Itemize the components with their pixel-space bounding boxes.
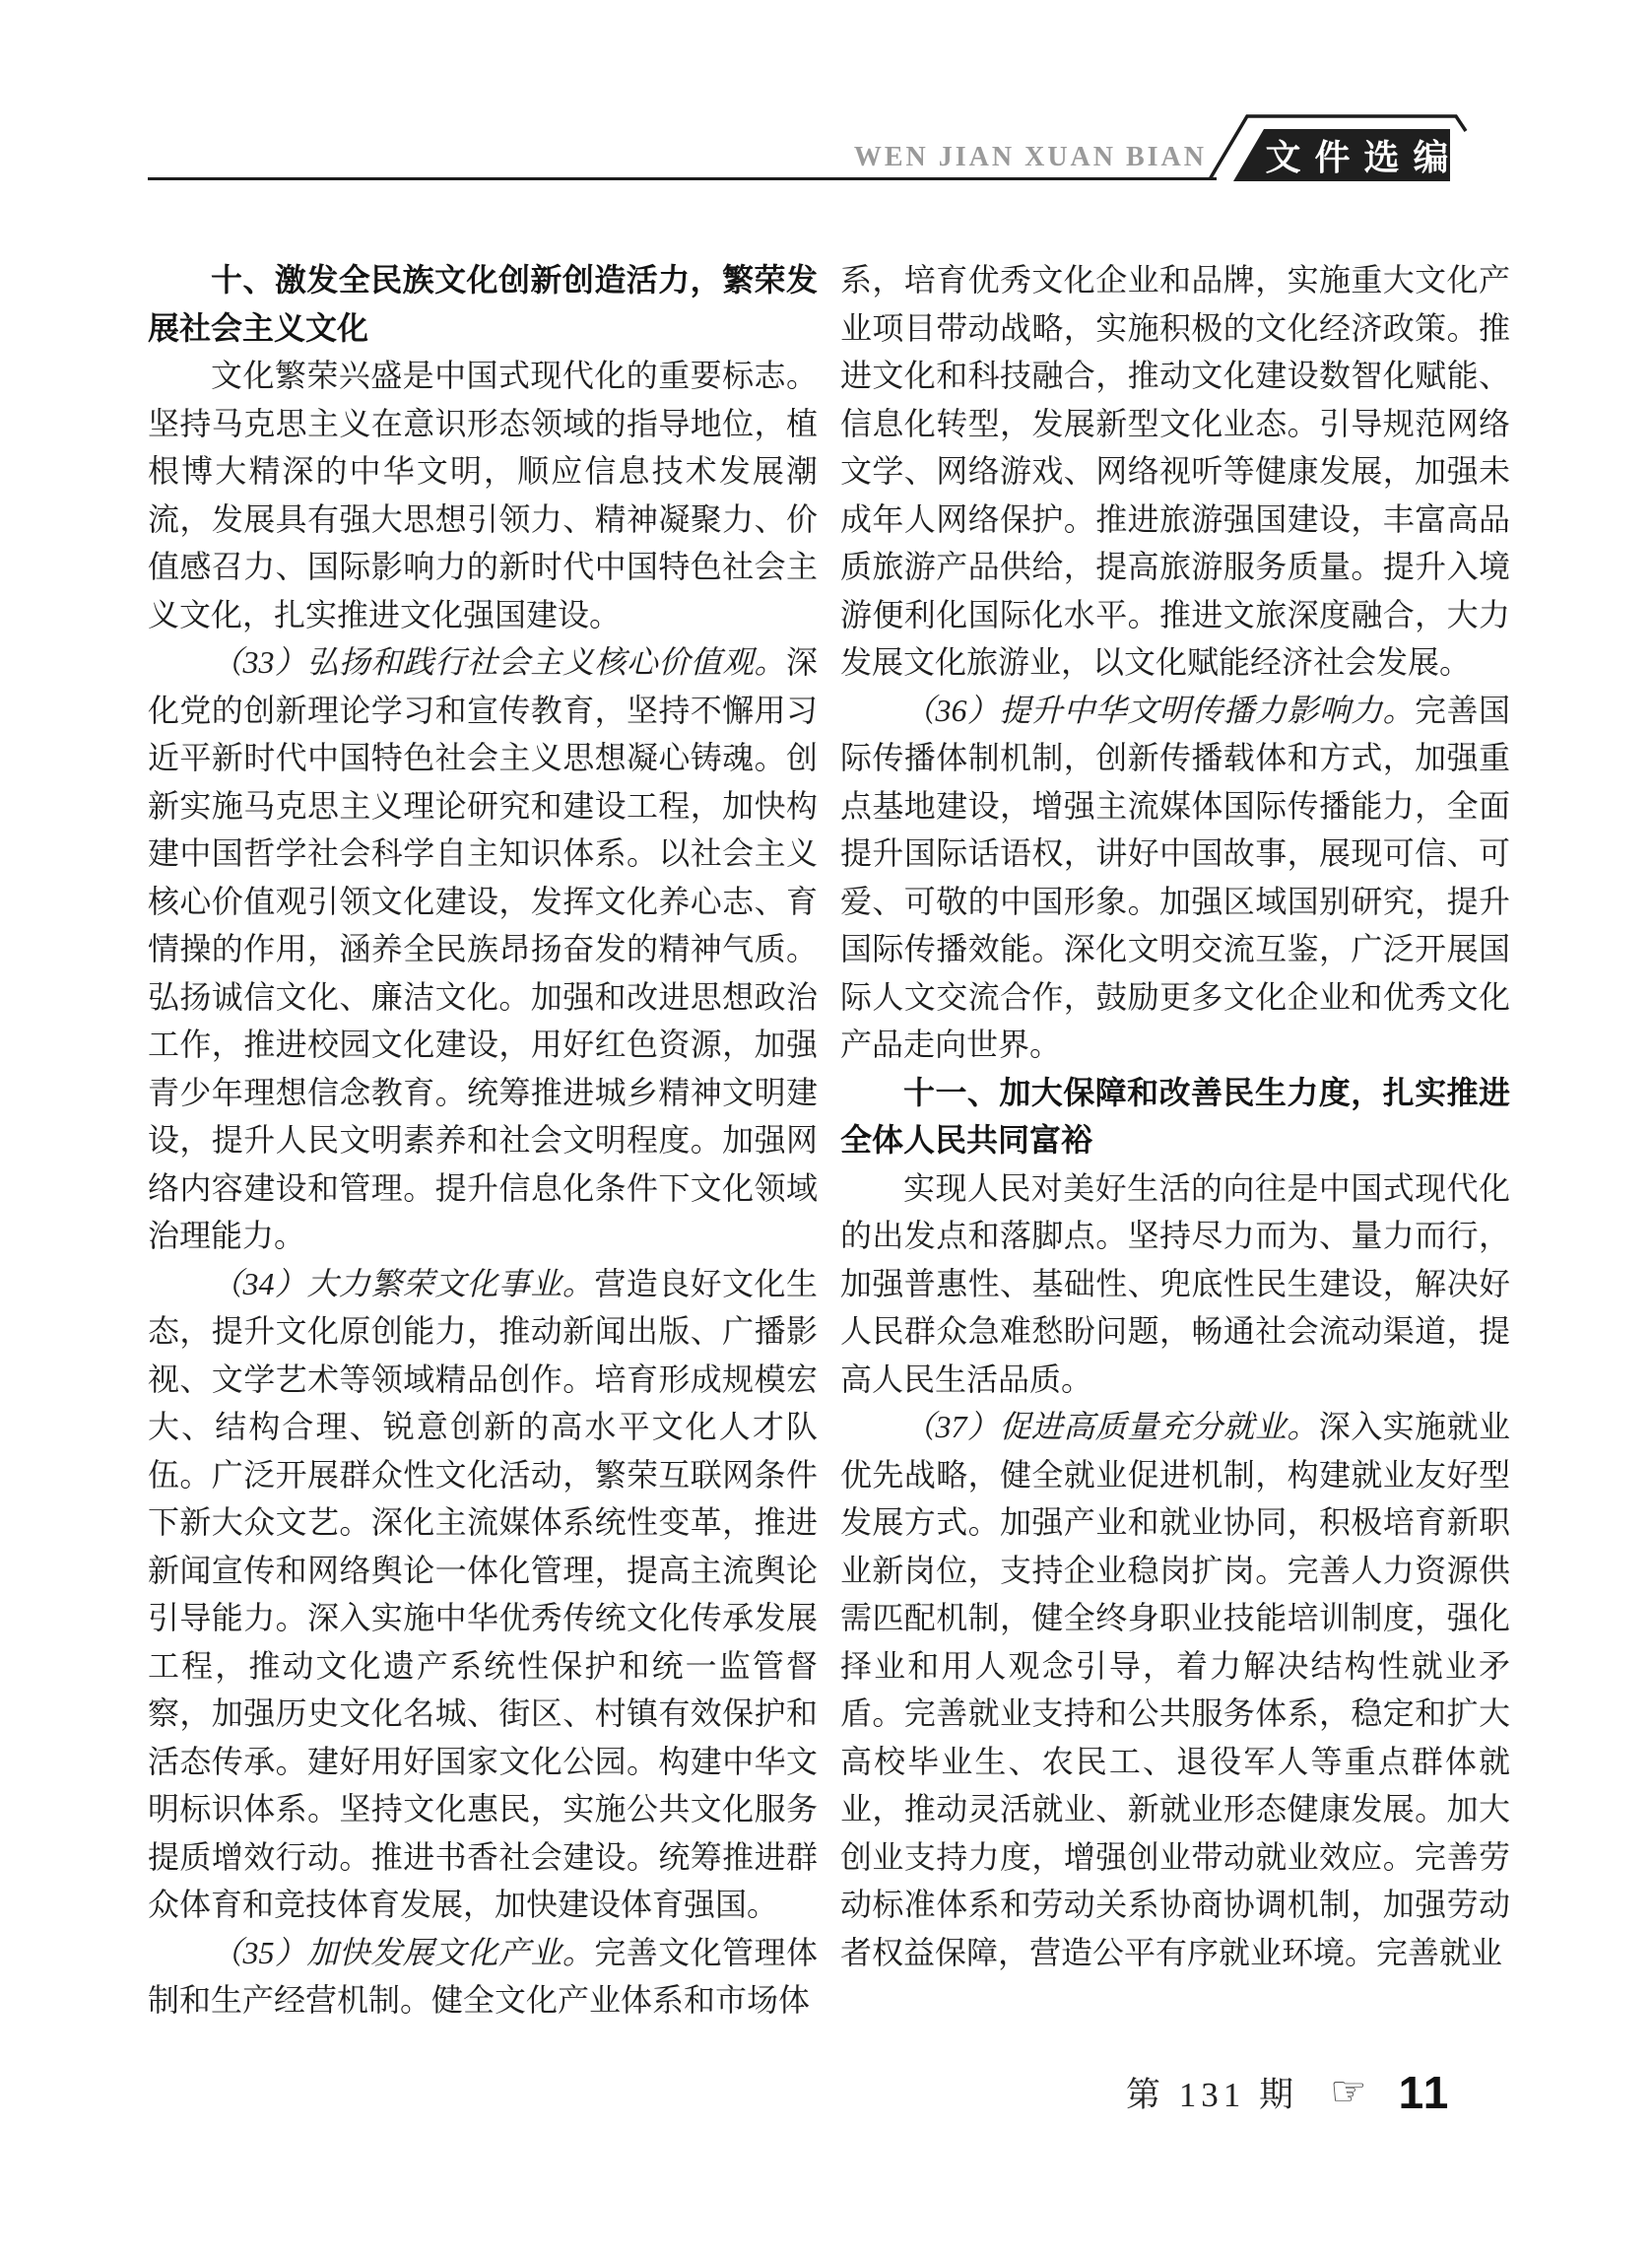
document-page: WEN JIAN XUAN BIAN 文件选编 十、激发全民族文化创新创造活力，… xyxy=(0,0,1652,2258)
section-heading: 十、激发全民族文化创新创造活力，繁荣发展社会主义文化 xyxy=(148,256,818,352)
page-number: 11 xyxy=(1399,2066,1451,2119)
paragraph: 实现人民对美好生活的向往是中国式现代化的出发点和落脚点。坚持尽力而为、量力而行，… xyxy=(840,1164,1510,1404)
section-badge: 文件选编 xyxy=(1264,129,1450,181)
paragraph: （35）加快发展文化产业。完善文化管理体制和生产经营机制。健全文化产业体系和市场… xyxy=(148,1929,818,2025)
para-lead: （33）弘扬和践行社会主义核心价值观。 xyxy=(211,644,786,680)
para-lead: （34）大力繁荣文化事业。 xyxy=(211,1266,594,1301)
section-heading: 十一、加大保障和改善民生力度，扎实推进全体人民共同富裕 xyxy=(840,1069,1510,1164)
paragraph: 文化繁荣兴盛是中国式现代化的重要标志。坚持马克思主义在意识形态领域的指导地位，植… xyxy=(148,352,818,638)
paragraph: （33）弘扬和践行社会主义核心价值观。深化党的创新理论学习和宣传教育，坚持不懈用… xyxy=(148,638,818,1260)
paragraph: （34）大力繁荣文化事业。营造良好文化生态，提升文化原创能力，推动新闻出版、广播… xyxy=(148,1260,818,1929)
paragraph: （36）提升中华文明传播力影响力。完善国际传播体制机制，创新传播载体和方式，加强… xyxy=(840,687,1510,1069)
paragraph: 系，培育优秀文化企业和品牌，实施重大文化产业项目带动战略，实施积极的文化经济政策… xyxy=(840,256,1510,687)
para-lead: （37）促进高质量充分就业。 xyxy=(903,1409,1319,1444)
para-lead: （36）提升中华文明传播力影响力。 xyxy=(903,693,1415,728)
page-footer: 第 131 期 ☞ 11 xyxy=(1126,2063,1450,2122)
issue-label: 第 131 期 xyxy=(1126,2068,1298,2117)
text-column-left: 十、激发全民族文化创新创造活力，繁荣发展社会主义文化文化繁荣兴盛是中国式现代化的… xyxy=(148,256,818,2025)
pointing-hand-icon: ☞ xyxy=(1330,2072,1367,2113)
header-rule xyxy=(148,177,1217,180)
paragraph: （37）促进高质量充分就业。深入实施就业优先战略，健全就业促进机制，构建就业友好… xyxy=(840,1403,1510,1976)
text-column-right: 系，培育优秀文化企业和品牌，实施重大文化产业项目带动战略，实施积极的文化经济政策… xyxy=(840,256,1510,1976)
para-lead: （35）加快发展文化产业。 xyxy=(211,1935,594,1970)
journal-pinyin-title: WEN JIAN XUAN BIAN xyxy=(847,142,1207,173)
